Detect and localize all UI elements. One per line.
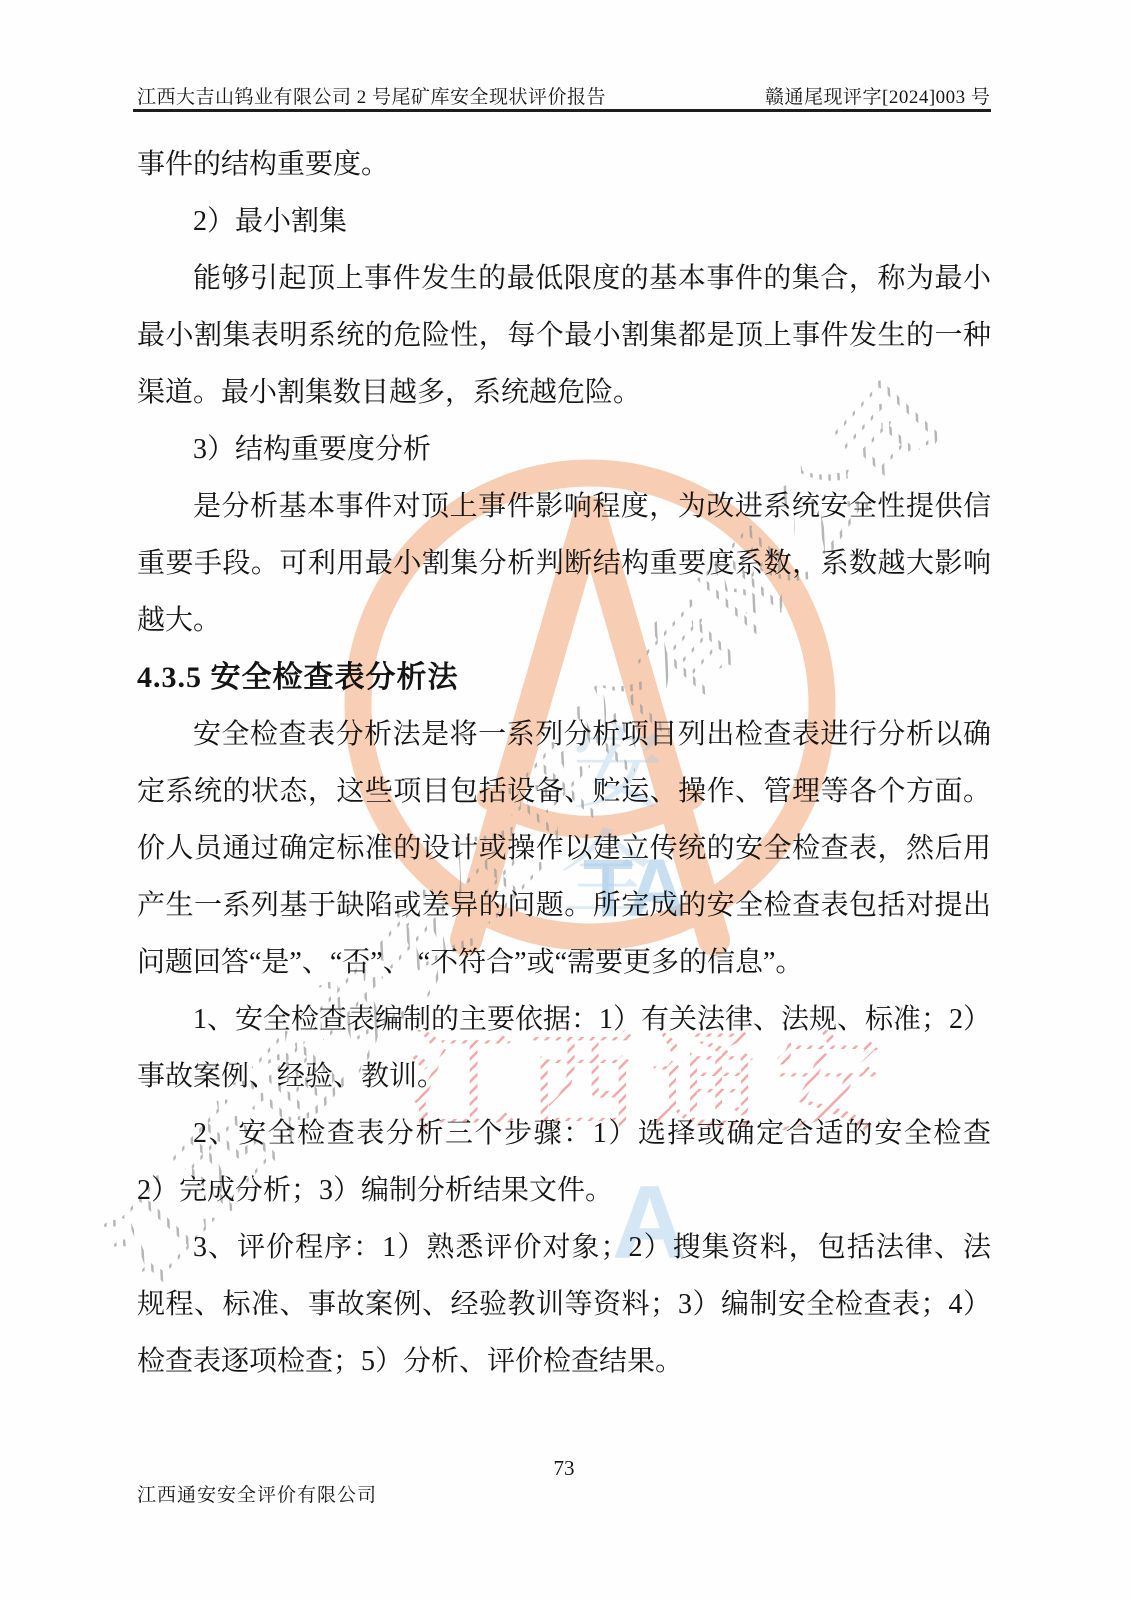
text-line: 2）完成分析；3）编制分析结果文件。 [137,1162,991,1219]
text-line: 检查表逐项检查；5）分析、评价检查结果。 [137,1333,991,1390]
text-line: 2）最小割集 [137,193,991,250]
footer-company-name: 江西通安安全评价有限公司 [137,1480,377,1507]
document-body: 事件的结构重要度。2）最小割集能够引起顶上事件发生的最低限度的基本事件的集合，称… [137,136,991,1390]
text-line: 事故案例、经验、教训。 [137,1048,991,1105]
text-line: 能够引起顶上事件发生的最低限度的基本事件的集合，称为最小割集。 [137,250,991,307]
page-number: 73 [137,1456,991,1481]
text-line: 是分析基本事件对顶上事件影响程度，为改进系统安全性提供信息的 [137,478,991,535]
text-line: 产生一系列基于缺陷或差异的问题。所完成的安全检查表包括对提出的 [137,877,991,934]
text-line: 规程、标准、事故案例、经验教训等资料；3）编制安全检查表；4）按 [137,1276,991,1333]
text-line: 3、评价程序：1）熟悉评价对象；2）搜集资料，包括法律、法规、 [137,1219,991,1276]
text-line: 重要手段。可利用最小割集分析判断结构重要度系数，系数越大影响程度 [137,535,991,592]
text-line: 价人员通过确定标准的设计或操作以建立传统的安全检查表，然后用它 [137,820,991,877]
text-line: 事件的结构重要度。 [137,136,991,193]
text-line: 3）结构重要度分析 [137,421,991,478]
text-line: 2、安全检查表分析三个步骤：1）选择或确定合适的安全检查表； [137,1105,991,1162]
text-line: 渠道。最小割集数目越多，系统越危险。 [137,364,991,421]
text-line: 问题回答“是”、“否”、 “不符合”或“需要更多的信息”。 [137,934,991,991]
section-heading: 4.3.5 安全检查表分析法 [137,649,991,706]
text-line: 越大。 [137,592,991,649]
text-line: 安全检查表分析法是将一系列分析项目列出检查表进行分析以确 [137,706,991,763]
text-line: 1、安全检查表编制的主要依据：1）有关法律、法规、标准；2） [137,991,991,1048]
text-line: 最小割集表明系统的危险性，每个最小割集都是顶上事件发生的一种可能 [137,307,991,364]
text-line: 定系统的状态，这些项目包括设备、贮运、操作、管理等各个方面。评 [137,763,991,820]
document-page: 安 全 TA A 江西通安安全评价有限公司 江西通安 江西大吉山钨业有限公司 2… [0,0,1131,1600]
